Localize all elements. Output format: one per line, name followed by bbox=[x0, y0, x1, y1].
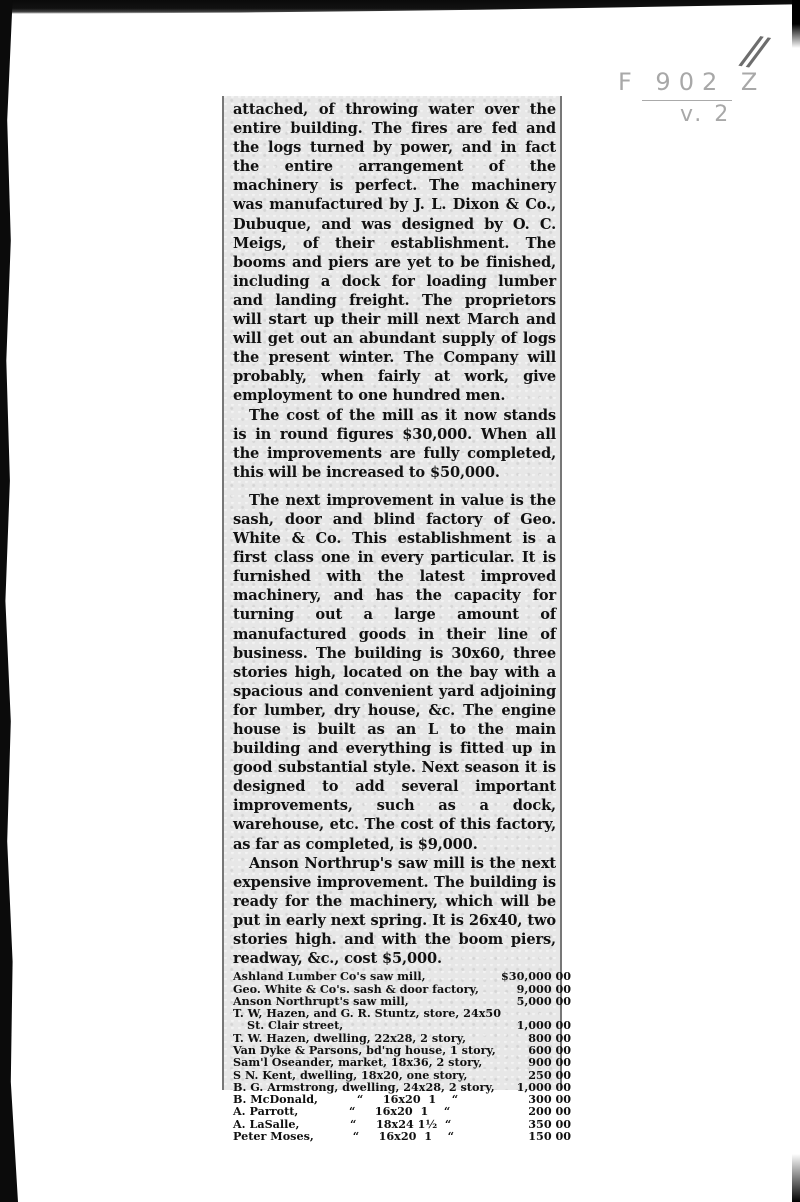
cost-description: Peter Moses, “ 16x20 1 “ bbox=[233, 1130, 501, 1142]
cost-amount: 1,000 00 bbox=[501, 1019, 571, 1031]
handwritten-catalog-mark: // F 902 Z v. 2 bbox=[612, 28, 792, 128]
article-paragraph: attached, of throwing water over the ent… bbox=[233, 100, 556, 406]
cost-amount: 5,000 00 bbox=[501, 995, 571, 1007]
cost-description: Sam'l Oseander, market, 18x36, 2 story, bbox=[233, 1056, 501, 1068]
cost-description: Geo. White & Co's. sash & door factory, bbox=[233, 983, 501, 995]
newspaper-clipping: attached, of throwing water over the ent… bbox=[222, 96, 562, 1090]
cost-description: Ashland Lumber Co's saw mill, bbox=[233, 970, 501, 982]
handwritten-volume: v. 2 bbox=[680, 102, 731, 127]
table-row: Ashland Lumber Co's saw mill, $30,000 00 bbox=[233, 970, 571, 982]
cost-amount: 150 00 bbox=[501, 1130, 571, 1142]
table-row: A. Parrott, “ 16x20 1 “ 200 00 bbox=[233, 1105, 571, 1117]
scan-edge-left bbox=[0, 0, 18, 1202]
scan-edge-top bbox=[0, 0, 800, 14]
table-row: St. Clair street, 1,000 00 bbox=[233, 1019, 571, 1031]
cost-amount: $30,000 00 bbox=[501, 970, 571, 982]
scan-edge-right bbox=[792, 0, 800, 1202]
cost-description: St. Clair street, bbox=[233, 1019, 501, 1031]
cost-amount: 9,000 00 bbox=[501, 983, 571, 995]
handwritten-call-number: F 902 Z bbox=[618, 68, 765, 96]
article-paragraph: The cost of the mill as it now stands is… bbox=[233, 406, 556, 482]
table-row: Sam'l Oseander, market, 18x36, 2 story, … bbox=[233, 1056, 571, 1068]
handwritten-underline bbox=[642, 100, 732, 101]
cost-description: A. Parrott, “ 16x20 1 “ bbox=[233, 1105, 501, 1117]
cost-amount: 200 00 bbox=[501, 1105, 571, 1117]
article-paragraph: The next improvement in value is the sas… bbox=[233, 491, 556, 854]
table-row: Geo. White & Co's. sash & door factory, … bbox=[233, 983, 571, 995]
improvement-cost-table: Ashland Lumber Co's saw mill, $30,000 00… bbox=[233, 970, 571, 1142]
table-row: Peter Moses, “ 16x20 1 “ 150 00 bbox=[233, 1130, 571, 1142]
article-paragraph: Anson Northrup's saw mill is the next ex… bbox=[233, 854, 556, 969]
cost-amount: 900 00 bbox=[501, 1056, 571, 1068]
